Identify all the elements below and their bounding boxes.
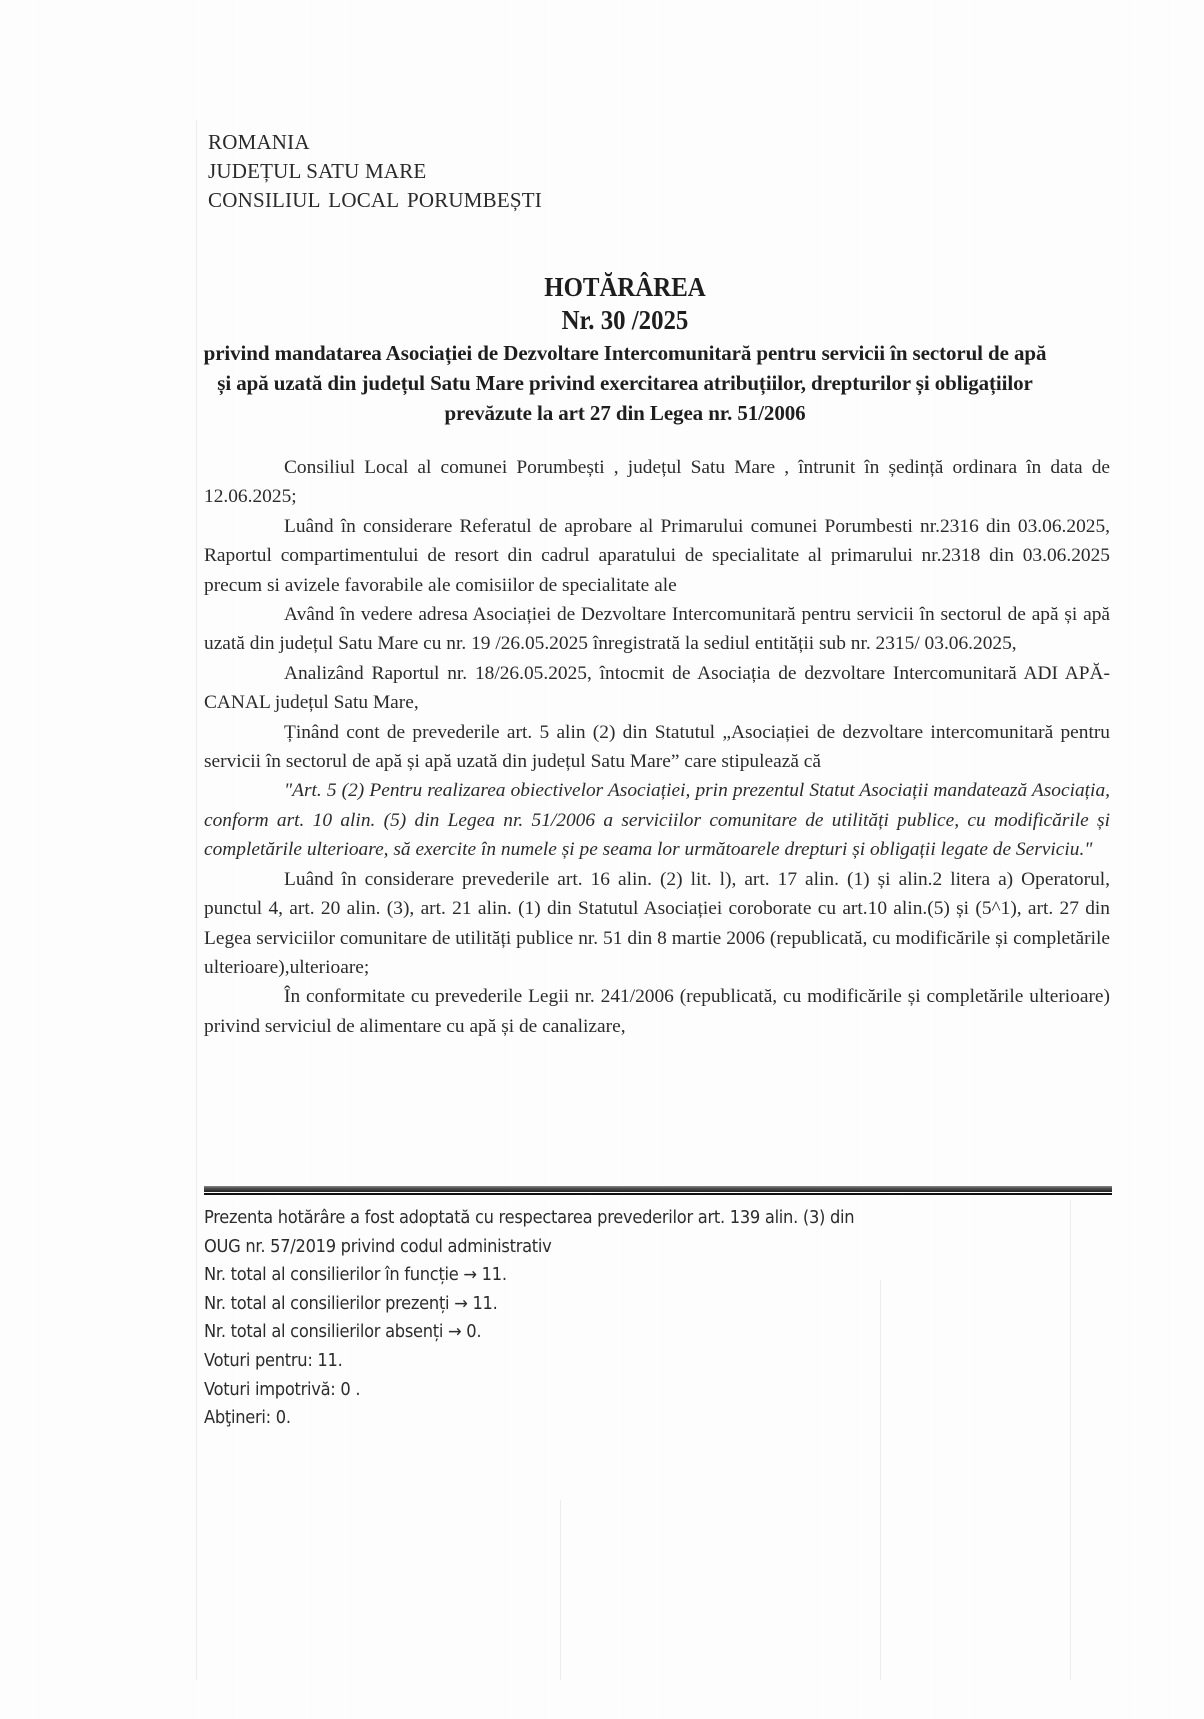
paragraph-law-241: În conformitate cu prevederile Legii nr.… <box>204 982 1110 1041</box>
councillors-in-office: Nr. total al consilierilor în funcție → … <box>204 1261 854 1290</box>
abstentions: Abţineri: 0. <box>204 1404 854 1433</box>
paragraph-statut: Ținând cont de prevederile art. 5 alin (… <box>204 718 1110 777</box>
votes-for: Voturi pentru: 11. <box>204 1347 854 1376</box>
decision-subject: privind mandatarea Asociației de Dezvolt… <box>200 338 1050 428</box>
issuer-header: ROMANIA JUDEȚUL SATU MARE CONSILIUL LOCA… <box>208 128 542 215</box>
councillors-present: Nr. total al consilierilor prezenți → 11… <box>204 1290 854 1319</box>
councillors-absent: Nr. total al consilierilor absenți → 0. <box>204 1318 854 1347</box>
document-page: ROMANIA JUDEȚUL SATU MARE CONSILIUL LOCA… <box>0 0 1204 1719</box>
header-country: ROMANIA <box>208 128 542 157</box>
scan-artifact-line <box>196 120 197 1680</box>
header-county: JUDEȚUL SATU MARE <box>208 157 542 186</box>
scan-artifact-line <box>880 1280 881 1680</box>
paragraph-raport: Analizând Raportul nr. 18/26.05.2025, în… <box>204 659 1110 718</box>
decision-title: HOTĂRÂREA <box>234 270 1016 304</box>
decision-number: Nr. 30 /2025 <box>234 304 1016 336</box>
adoption-note-line2: OUG nr. 57/2019 privind codul administra… <box>204 1233 854 1262</box>
paragraph-quote-art5: "Art. 5 (2) Pentru realizarea obiectivel… <box>204 776 1110 864</box>
scan-artifact-line <box>1070 1200 1071 1680</box>
decision-title-block: HOTĂRÂREA Nr. 30 /2025 privind mandatare… <box>200 270 1050 428</box>
paragraph-referat: Luând în considerare Referatul de aproba… <box>204 512 1110 600</box>
vote-summary: Prezenta hotărâre a fost adoptată cu res… <box>204 1204 854 1433</box>
scan-artifact-line <box>560 1500 561 1680</box>
paragraph-legal-basis: Luând în considerare prevederile art. 16… <box>204 865 1110 983</box>
votes-against: Voturi impotrivă: 0 . <box>204 1376 854 1405</box>
adoption-note-line1: Prezenta hotărâre a fost adoptată cu res… <box>204 1204 854 1233</box>
header-council: CONSILIUL LOCAL PORUMBEȘTI <box>208 186 542 215</box>
paragraph-adresa: Având în vedere adresa Asociației de Dez… <box>204 600 1110 659</box>
decision-preamble: Consiliul Local al comunei Porumbești , … <box>204 453 1110 1041</box>
section-divider <box>204 1186 1112 1192</box>
paragraph-session: Consiliul Local al comunei Porumbești , … <box>204 453 1110 512</box>
